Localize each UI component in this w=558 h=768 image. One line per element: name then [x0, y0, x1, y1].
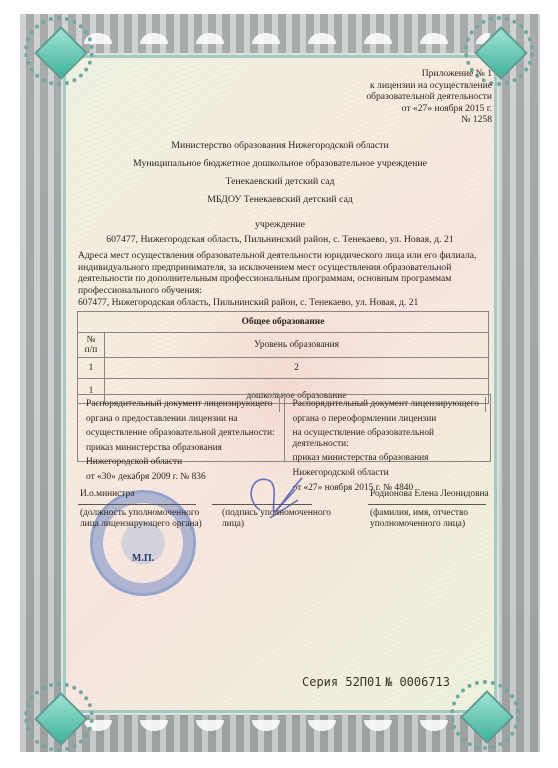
signature-line [212, 504, 312, 505]
corner-ornament-top-left [24, 16, 94, 86]
ministry-name: Министерство образования Нижегородской о… [66, 140, 494, 151]
legal-address: 607477, Нижегородская область, Пильнинск… [66, 234, 494, 245]
col-header-number: № п/п [78, 333, 105, 358]
col-header-level: Уровень образования [105, 333, 489, 358]
doc-line: приказ министерства образования [82, 441, 280, 456]
caption-line: (фамилия, имя, отчество [370, 508, 468, 519]
caption-line: уполномоченного лица) [370, 519, 468, 530]
corner-ornament-bottom-right [450, 680, 520, 750]
table-header-row: № п/п Уровень образования [78, 333, 489, 358]
caption-line: (должность уполномоченного [80, 508, 202, 519]
annex-title: Приложение № 1 [366, 68, 492, 80]
caption-line: (подпись уполномоченного [222, 508, 331, 519]
org-type: учреждение [66, 219, 494, 230]
doc-line: органа о переоформлении лицензии [289, 412, 487, 427]
caption-line: лица лицензирующего органа) [80, 519, 202, 530]
document-grant: Распорядительный документ лицензирующего… [78, 395, 285, 461]
doc-line: Нижегородской области [289, 466, 487, 481]
doc-line: Распорядительный документ лицензирующего [82, 397, 280, 412]
table-title: Общее образование [78, 312, 489, 333]
annex-number: № 1258 [366, 114, 492, 126]
border-ornament-bottom [70, 720, 490, 742]
name-caption: (фамилия, имя, отчество уполномоченного … [370, 508, 468, 530]
corner-ornament-bottom-left [24, 682, 94, 752]
document-reissue: Распорядительный документ лицензирующего… [285, 395, 491, 461]
doc-line: на осуществление образовательной деятель… [289, 426, 487, 451]
form-series: Серия 52П01 [302, 675, 381, 689]
doc-line: Распорядительный документ лицензирующего [289, 397, 487, 412]
annex-line: образовательной деятельности [366, 91, 492, 103]
cell-level: 2 [105, 358, 489, 379]
doc-line: органа о предоставлении лицензии на [82, 412, 280, 427]
form-number: № 0006713 [385, 675, 450, 689]
stamp-label: М.П. [93, 553, 193, 564]
annex-header: Приложение № 1 к лицензии на осуществлен… [366, 68, 492, 126]
doc-line: Нижегородской области [82, 455, 280, 470]
signature-caption: (подпись уполномоченного лица) [222, 508, 331, 530]
activity-address: 607477, Нижегородская область, Пильнинск… [78, 297, 418, 308]
border-ornament-top [70, 22, 490, 44]
position-caption: (должность уполномоченного лица лицензир… [80, 508, 202, 530]
doc-line: осуществление образовательной деятельнос… [82, 426, 280, 441]
org-full-name: Муниципальное бюджетное дошкольное образ… [66, 158, 494, 169]
annex-date: от «27» ноября 2015 г. [366, 103, 492, 115]
education-table: Общее образование № п/п Уровень образова… [77, 311, 489, 404]
org-name: Тенекаевский детский сад [66, 176, 494, 187]
licensing-documents: Распорядительный документ лицензирующего… [77, 394, 491, 462]
table-row: 1 2 [78, 358, 489, 379]
name-line [368, 504, 486, 505]
caption-line: лица) [222, 519, 331, 530]
signer-position: И.о.министра [80, 489, 134, 500]
cell-number: 1 [78, 358, 105, 379]
annex-line: к лицензии на осуществление [366, 80, 492, 92]
activity-places-text: Адреса мест осуществления образовательно… [78, 250, 488, 296]
signer-name: Родионова Елена Леонидовна [370, 489, 489, 500]
position-line [78, 504, 196, 505]
doc-line: приказ министерства образования [289, 451, 487, 466]
official-stamp: М.П. [90, 490, 196, 596]
org-short-name: МБДОУ Тенекаевский детский сад [66, 194, 494, 205]
